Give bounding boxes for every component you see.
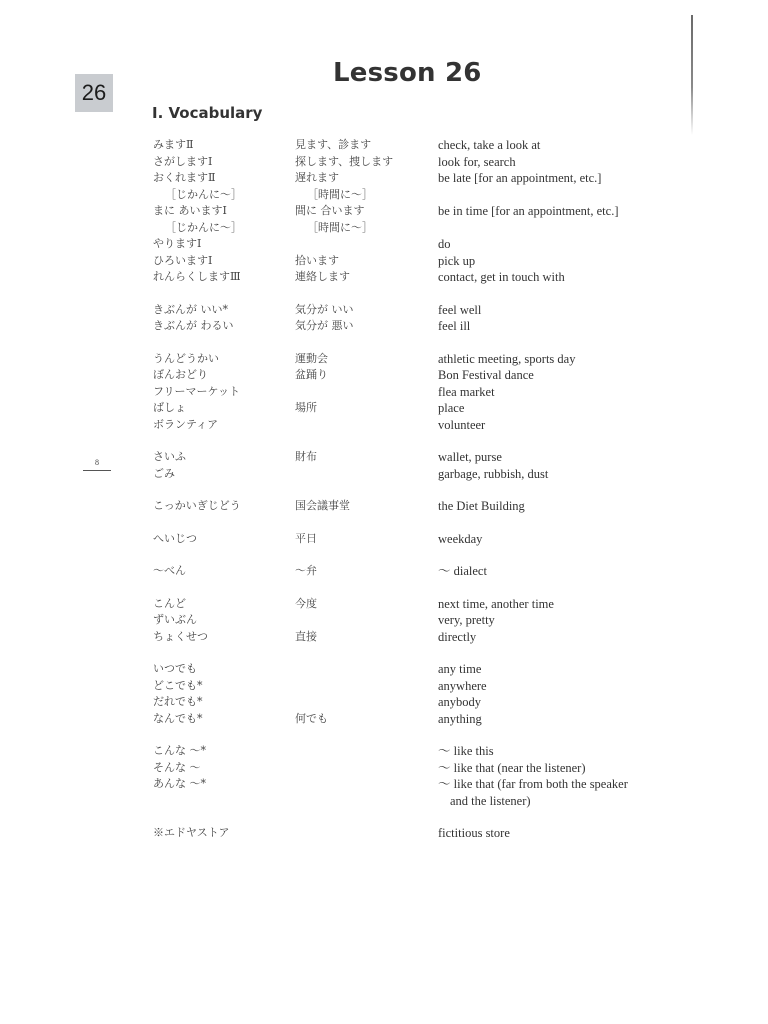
vocab-english: be in time [for an appointment, etc.] — [438, 203, 619, 220]
vocab-kana: こんな ～* — [153, 743, 206, 760]
vocab-english: garbage, rubbish, dust — [438, 466, 548, 483]
vocab-english: anybody — [438, 694, 481, 711]
vocab-kana: ［じかんに～］ — [153, 187, 242, 204]
vocabulary-row: さがしますⅠ 探します、捜します look for, search — [153, 154, 673, 171]
vocab-kana: ちょくせつ — [153, 629, 208, 646]
vocab-kanji: 場所 — [295, 400, 317, 417]
vocab-kana: まに あいますⅠ — [153, 203, 227, 220]
vocab-english: very, pretty — [438, 612, 495, 629]
vocab-english: ～ like that (far from both the speaker — [438, 776, 628, 793]
vocab-kanji: 運動会 — [295, 351, 328, 368]
vocabulary-row: ［じかんに～］ ［時間に～］ — [153, 187, 673, 204]
vocab-kana: れんらくしますⅢ — [153, 269, 241, 286]
vocab-english: volunteer — [438, 417, 485, 434]
vocab-english: directly — [438, 629, 476, 646]
vocabulary-row: ごみ garbage, rubbish, dust — [153, 466, 673, 483]
vocabulary-row: ～べん ～弁 ～ dialect — [153, 563, 673, 580]
vocabulary-row: さいふ 財布 wallet, purse — [153, 449, 673, 466]
vocab-kanji: 盆踊り — [295, 367, 328, 384]
vocab-kana: ボランティア — [153, 417, 218, 434]
page-edge-line — [691, 15, 693, 135]
vocabulary-row: ずいぶん very, pretty — [153, 612, 673, 629]
vocab-kanji: 拾います — [295, 253, 339, 270]
vocab-kana: ばしょ — [153, 400, 186, 417]
vocabulary-row: ※エドヤストア fictitious store — [153, 825, 673, 842]
vocab-kana: いつでも — [153, 661, 197, 678]
vocab-english: ～ dialect — [438, 563, 487, 580]
vocab-kanji: 遅れます — [295, 170, 339, 187]
vocab-english: weekday — [438, 531, 482, 548]
vocab-kanji: 見ます、診ます — [295, 137, 371, 154]
vocabulary-row: こんど 今度 next time, another time — [153, 596, 673, 613]
vocab-kana: さいふ — [153, 449, 186, 466]
vocab-kana: おくれますⅡ — [153, 170, 215, 187]
vocabulary-row: やりますⅠ do — [153, 236, 673, 253]
vocab-english: ～ like that (near the listener) — [438, 760, 586, 777]
vocabulary-row: れんらくしますⅢ 連絡します contact, get in touch wit… — [153, 269, 673, 286]
vocabulary-row: きぶんが わるい 気分が 悪い feel ill — [153, 318, 673, 335]
vocab-english: flea market — [438, 384, 495, 401]
vocab-english: look for, search — [438, 154, 516, 171]
vocab-kanji: ～弁 — [295, 563, 317, 580]
vocabulary-row: こんな ～* ～ like this — [153, 743, 673, 760]
vocab-english: anything — [438, 711, 482, 728]
vocabulary-row: きぶんが いい* 気分が いい feel well — [153, 302, 673, 319]
vocab-kana: ※エドヤストア — [153, 825, 229, 842]
section-title: I. Vocabulary — [152, 104, 262, 122]
vocab-kanji: 平日 — [295, 531, 317, 548]
vocab-kana: だれでも* — [153, 694, 203, 711]
vocab-english: feel ill — [438, 318, 470, 335]
vocab-kana: こっかいぎじどう — [153, 498, 241, 515]
vocab-kanji: 気分が 悪い — [295, 318, 354, 335]
vocab-kana: さがしますⅠ — [153, 154, 212, 171]
vocab-kana: うんどうかい — [153, 351, 219, 368]
vocabulary-row: うんどうかい 運動会 athletic meeting, sports day — [153, 351, 673, 368]
vocab-english: Bon Festival dance — [438, 367, 534, 384]
vocab-english: check, take a look at — [438, 137, 540, 154]
vocab-kanji: 財布 — [295, 449, 317, 466]
vocab-kana: なんでも* — [153, 711, 203, 728]
vocabulary-row: まに あいますⅠ 間に 合います be in time [for an appo… — [153, 203, 673, 220]
vocab-kanji: ［時間に～］ — [295, 220, 373, 237]
vocab-kanji: 直接 — [295, 629, 317, 646]
vocab-kanji: 探します、捜します — [295, 154, 393, 171]
vocab-kana: ～べん — [153, 563, 186, 580]
vocabulary-row: へいじつ 平日 weekday — [153, 531, 673, 548]
vocab-kana: へいじつ — [153, 531, 197, 548]
vocab-kana: きぶんが いい* — [153, 302, 228, 319]
vocab-kanji: 気分が いい — [295, 302, 354, 319]
vocab-kanji: ［時間に～］ — [295, 187, 373, 204]
vocabulary-row: ［じかんに～］ ［時間に～］ — [153, 220, 673, 237]
vocabulary-row: そんな ～ ～ like that (near the listener) — [153, 760, 673, 777]
vocabulary-row: みますⅡ 見ます、診ます check, take a look at — [153, 137, 673, 154]
vocabulary-row: いつでも any time — [153, 661, 673, 678]
vocab-kanji: 連絡します — [295, 269, 350, 286]
vocab-english: fictitious store — [438, 825, 510, 842]
vocab-kana: フリーマーケット — [153, 384, 240, 401]
vocab-english: ～ like this — [438, 743, 494, 760]
vocabulary-row: おくれますⅡ 遅れます be late [for an appointment,… — [153, 170, 673, 187]
vocab-kana: ごみ — [153, 466, 175, 483]
vocab-kana: みますⅡ — [153, 137, 193, 154]
vocab-kana: あんな ～* — [153, 776, 206, 793]
vocab-english: any time — [438, 661, 481, 678]
vocab-kana: どこでも* — [153, 678, 203, 695]
vocab-kanji: 国会議事堂 — [295, 498, 350, 515]
vocabulary-row: だれでも* anybody — [153, 694, 673, 711]
vocabulary-row: ひろいますⅠ 拾います pick up — [153, 253, 673, 270]
vocabulary-row: ちょくせつ 直接 directly — [153, 629, 673, 646]
vocabulary-row: ボランティア volunteer — [153, 417, 673, 434]
vocabulary-row: あんな ～* ～ like that (far from both the sp… — [153, 776, 673, 793]
vocab-kana: そんな ～ — [153, 760, 201, 777]
vocab-kana: ずいぶん — [153, 612, 197, 629]
vocabulary-row: ぼんおどり 盆踊り Bon Festival dance — [153, 367, 673, 384]
vocab-english: feel well — [438, 302, 481, 319]
vocabulary-row: なんでも* 何でも anything — [153, 711, 673, 728]
vocab-kana: やりますⅠ — [153, 236, 201, 253]
vocab-english: contact, get in touch with — [438, 269, 565, 286]
vocab-english: the Diet Building — [438, 498, 525, 515]
vocabulary-list: みますⅡ 見ます、診ます check, take a look at さがします… — [153, 137, 673, 842]
vocabulary-row: フリーマーケット flea market — [153, 384, 673, 401]
vocabulary-row: and the listener) — [153, 793, 673, 810]
vocab-kana: ひろいますⅠ — [153, 253, 212, 270]
vocab-kana: きぶんが わるい — [153, 318, 234, 335]
page-title: Lesson 26 — [333, 58, 482, 88]
vocab-kana: こんど — [153, 596, 186, 613]
vocab-kana: ぼんおどり — [153, 367, 208, 384]
lesson-number-badge: 26 — [75, 74, 113, 112]
vocab-english: place — [438, 400, 464, 417]
vocab-english: pick up — [438, 253, 475, 270]
vocab-kanji: 間に 合います — [295, 203, 365, 220]
vocab-english: wallet, purse — [438, 449, 502, 466]
vocab-english: do — [438, 236, 451, 253]
vocab-english: next time, another time — [438, 596, 554, 613]
vocabulary-row: どこでも* anywhere — [153, 678, 673, 695]
vocab-english: anywhere — [438, 678, 487, 695]
vocab-kana: ［じかんに～］ — [153, 220, 242, 237]
vocabulary-row: こっかいぎじどう 国会議事堂 the Diet Building — [153, 498, 673, 515]
vocab-kanji: 今度 — [295, 596, 317, 613]
vocab-english: athletic meeting, sports day — [438, 351, 575, 368]
vocab-english: and the listener) — [438, 793, 531, 810]
vocab-english: be late [for an appointment, etc.] — [438, 170, 601, 187]
margin-page-number: 8 — [83, 458, 111, 471]
vocabulary-row: ばしょ 場所 place — [153, 400, 673, 417]
vocab-kanji: 何でも — [295, 711, 328, 728]
